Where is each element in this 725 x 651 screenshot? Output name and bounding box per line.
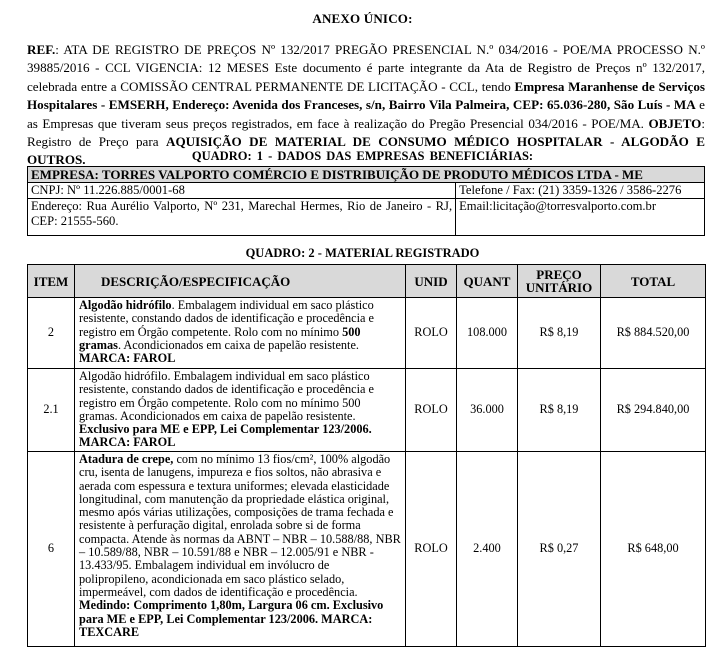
row-item: 2 xyxy=(28,298,75,369)
row-unit: ROLO xyxy=(406,369,457,452)
row-unit-price: R$ 8,19 xyxy=(518,298,601,369)
row-unit: ROLO xyxy=(406,452,457,647)
header-unit-price: PREÇOUNITÁRIO xyxy=(518,265,601,298)
company-table: EMPRESA: TORRES VALPORTO COMÉRCIO E DIST… xyxy=(27,166,705,236)
table-header-row: ITEM DESCRIÇÃO/ESPECIFICAÇÃO UNID QUANT … xyxy=(28,265,706,298)
header-description: DESCRIÇÃO/ESPECIFICAÇÃO xyxy=(75,265,406,298)
header-item: ITEM xyxy=(28,265,75,298)
ref-label: REF. xyxy=(27,42,55,57)
row-description: Algodão hidrófilo. Embalagem individual … xyxy=(75,369,406,452)
company-phone: Telefone / Fax: (21) 3359-1326 / 3586-22… xyxy=(456,183,705,199)
row-total: R$ 648,00 xyxy=(601,452,706,647)
header-unit-price-line2: UNITÁRIO xyxy=(526,280,592,295)
desc-text: Algodão hidrófilo. Embalagem individual … xyxy=(79,369,374,423)
desc-brand: MARCA: FAROL xyxy=(79,435,175,449)
row-description: Algodão hidrófilo. Embalagem individual … xyxy=(75,298,406,369)
annex-title: ANEXO ÚNICO: xyxy=(0,11,725,27)
row-item: 6 xyxy=(28,452,75,647)
company-cnpj: CNPJ: Nº 11.226.885/0001-68 xyxy=(28,183,456,199)
quadro1-title: QUADRO: 1 - DADOS DAS EMPRESAS BENEFICIÁ… xyxy=(0,149,725,164)
company-email: Email:licitação@torresvalporto.com.br xyxy=(456,199,705,236)
row-total: R$ 294.840,00 xyxy=(601,369,706,452)
row-quantity: 108.000 xyxy=(457,298,518,369)
table-row: 2 Algodão hidrófilo. Embalagem individua… xyxy=(28,298,706,369)
table-row: 2.1 Algodão hidrófilo. Embalagem individ… xyxy=(28,369,706,452)
material-table: ITEM DESCRIÇÃO/ESPECIFICAÇÃO UNID QUANT … xyxy=(27,264,706,647)
header-total: TOTAL xyxy=(601,265,706,298)
company-address: Endereço: Rua Aurélio Valporto, Nº 231, … xyxy=(28,199,456,236)
desc-bold: Medindo: Comprimento 1,80m, Largura 06 c… xyxy=(79,598,383,639)
row-quantity: 36.000 xyxy=(457,369,518,452)
row-unit: ROLO xyxy=(406,298,457,369)
desc-brand: MARCA: FAROL xyxy=(79,351,175,365)
company-name: EMPRESA: TORRES VALPORTO COMÉRCIO E DIST… xyxy=(28,167,705,183)
header-quantity: QUANT xyxy=(457,265,518,298)
desc-bold: Atadura de crepe, xyxy=(79,452,173,466)
desc-bold: Algodão hidrófilo xyxy=(79,298,172,312)
header-unit: UNID xyxy=(406,265,457,298)
row-quantity: 2.400 xyxy=(457,452,518,647)
row-item: 2.1 xyxy=(28,369,75,452)
desc-text: . Acondicionados em caixa de papelão res… xyxy=(118,338,359,352)
table-row: 6 Atadura de crepe, com no mínimo 13 fio… xyxy=(28,452,706,647)
row-description: Atadura de crepe, com no mínimo 13 fios/… xyxy=(75,452,406,647)
desc-bold: Exclusivo para ME e EPP, Lei Complementa… xyxy=(79,422,372,436)
row-unit-price: R$ 0,27 xyxy=(518,452,601,647)
row-unit-price: R$ 8,19 xyxy=(518,369,601,452)
objeto-label: OBJETO xyxy=(648,116,701,131)
row-total: R$ 884.520,00 xyxy=(601,298,706,369)
quadro2-title: QUADRO: 2 - MATERIAL REGISTRADO xyxy=(0,246,725,261)
desc-text: com no mínimo 13 fios/cm², 100% algodão … xyxy=(79,452,401,599)
